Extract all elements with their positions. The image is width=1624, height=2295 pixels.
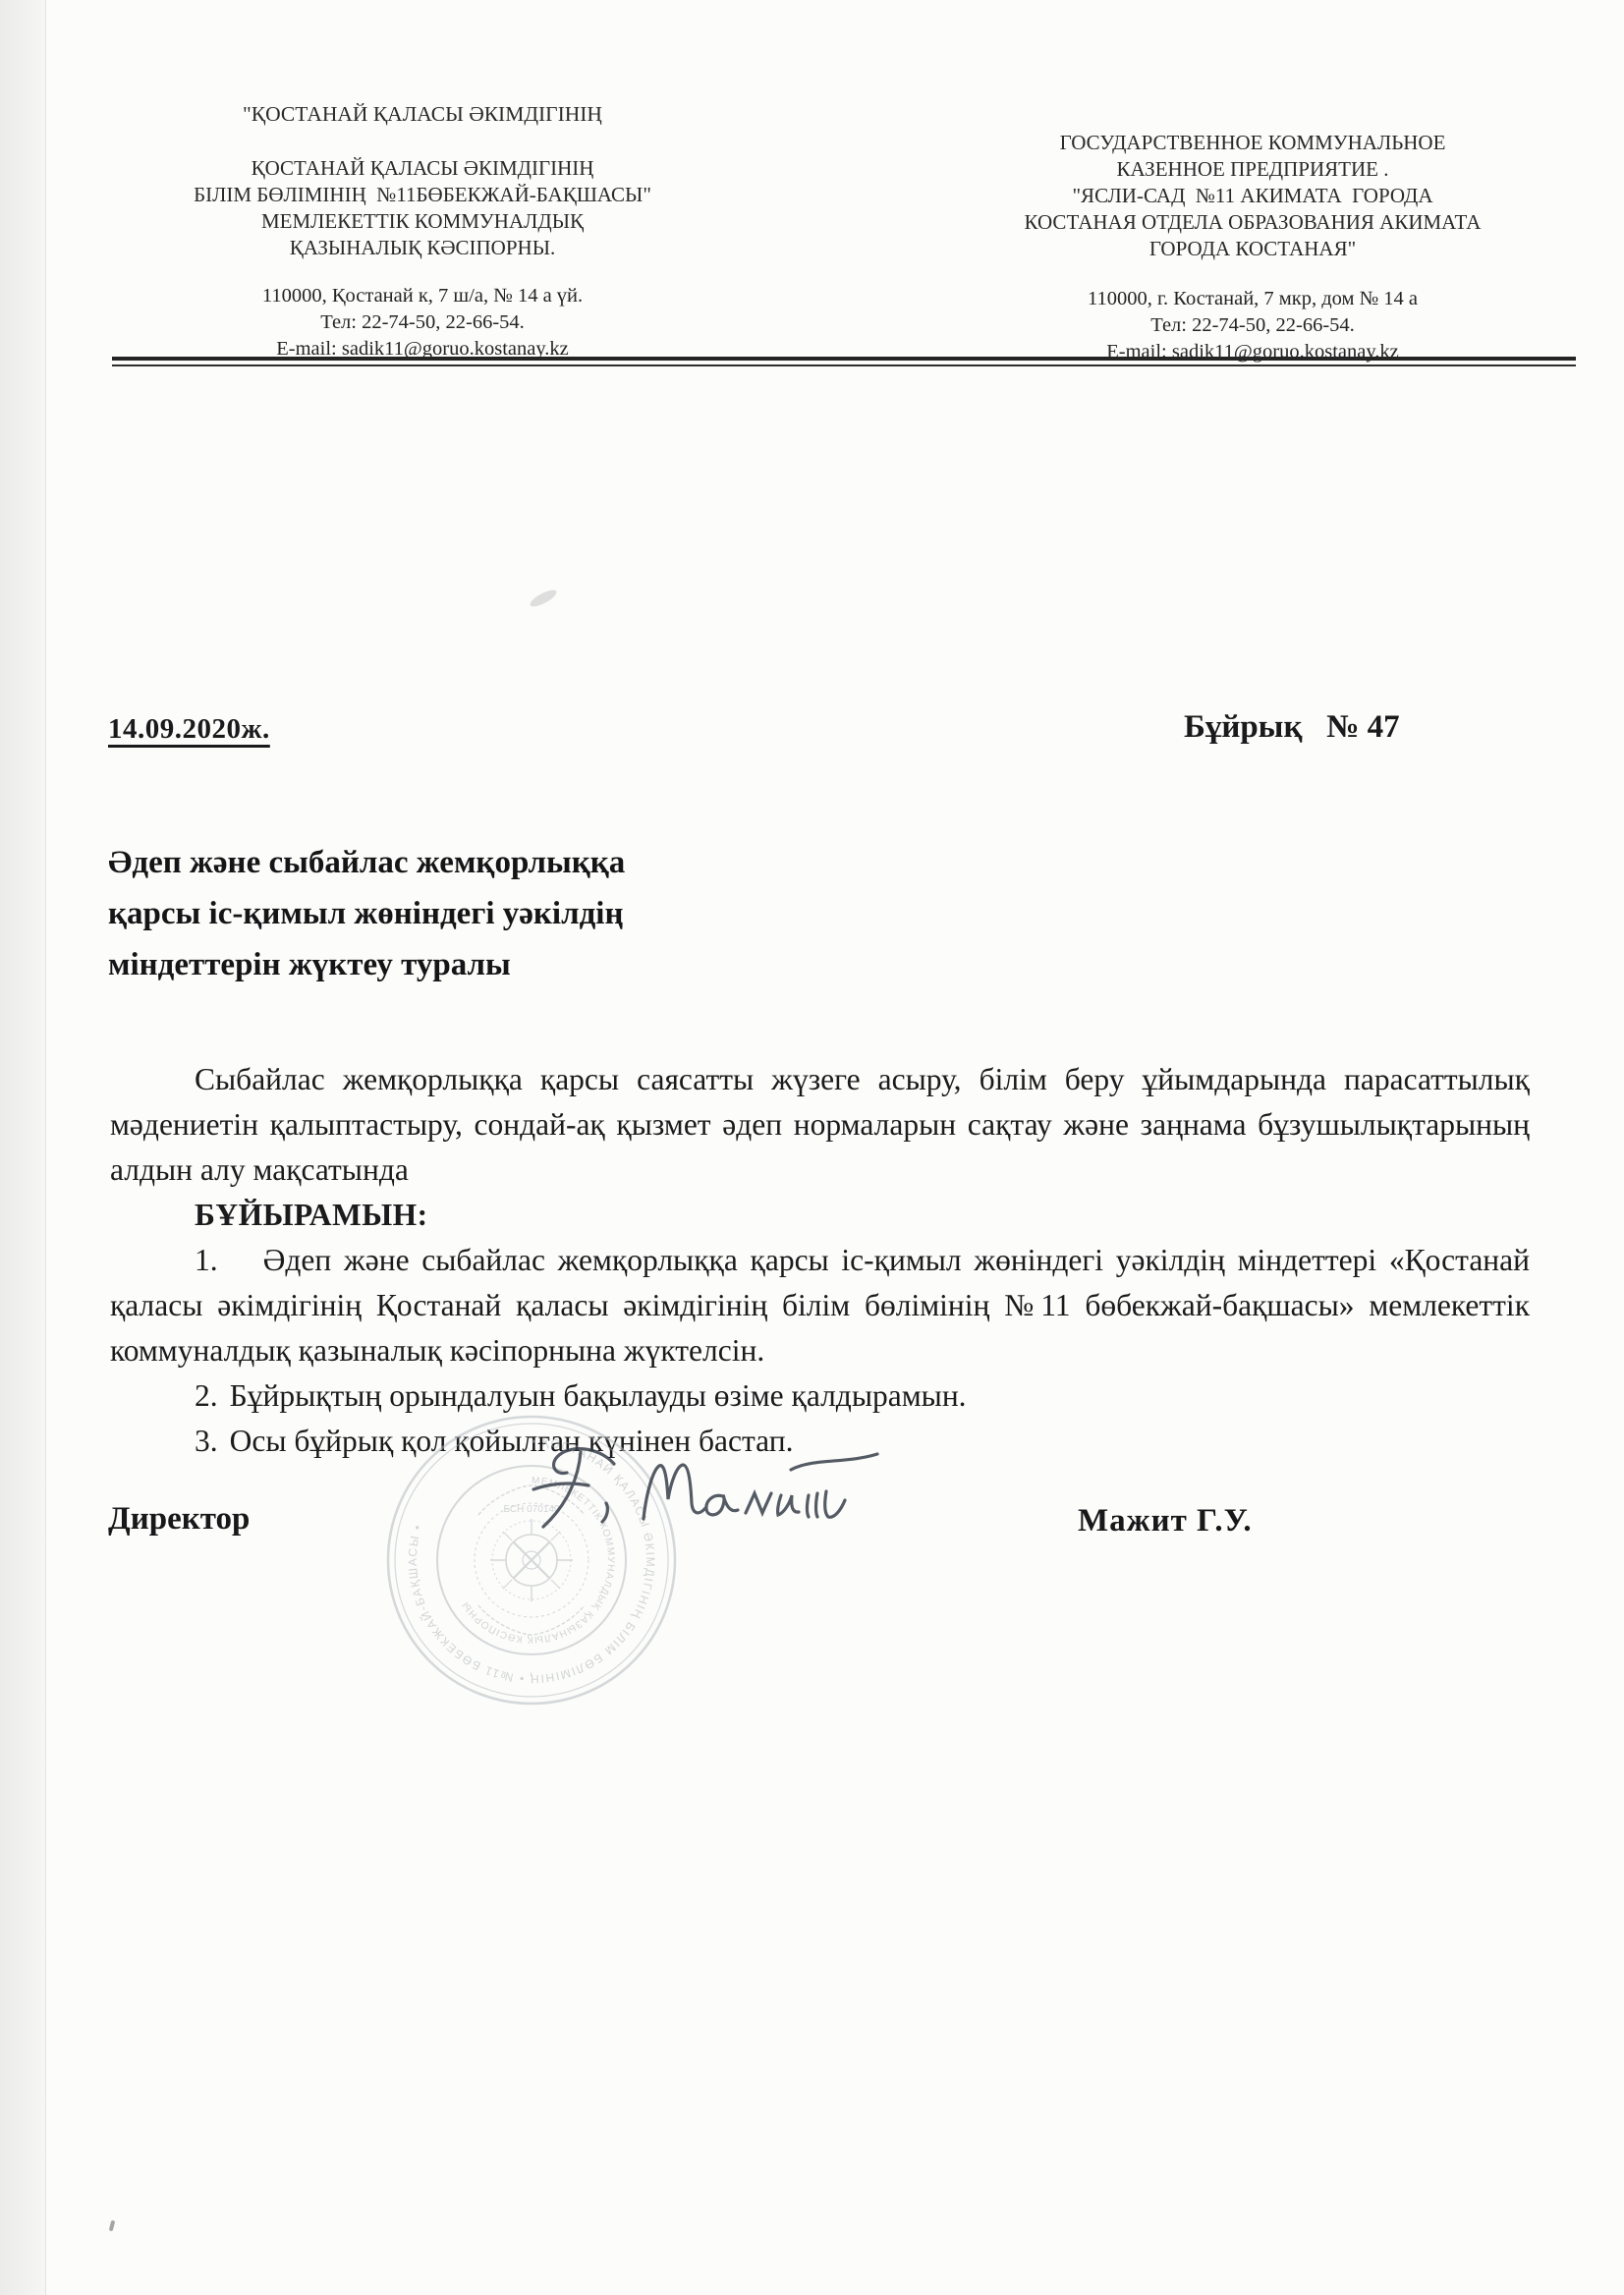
- order-date: 14.09.2020ж.: [108, 713, 270, 746]
- order-subject-line: қарсы іс-қимыл жөніндегі уәкілдің: [108, 888, 698, 939]
- letterhead-left-top-line: "ҚОСТАНАЙ ҚАЛАСЫ ӘКІМДІГІНІҢ: [147, 102, 698, 127]
- letterhead-left-address-line: Тел: 22-74-50, 22-66-54.: [147, 309, 698, 336]
- letterhead-right-org-line: КОСТАНАЯ ОТДЕЛА ОБРАЗОВАНИЯ АКИМАТА: [968, 209, 1538, 236]
- signature-name: Мажит Г.У.: [1078, 1503, 1253, 1539]
- scan-speck: [109, 2220, 116, 2232]
- scan-smudge: [528, 588, 558, 610]
- letterhead-right-org: ГОСУДАРСТВЕННОЕ КОММУНАЛЬНОЕ КАЗЕННОЕ ПР…: [968, 130, 1538, 262]
- letterhead-left-org: ҚОСТАНАЙ ҚАЛАСЫ ӘКІМДІГІНІҢ БІЛІМ БӨЛІМІ…: [147, 155, 698, 261]
- order-subject-line: Әдеп және сыбайлас жемқорлыққа: [108, 837, 698, 888]
- order-item-number: 2.: [195, 1378, 218, 1413]
- scanned-order-document: "ҚОСТАНАЙ ҚАЛАСЫ ӘКІМДІГІНІҢ ҚОСТАНАЙ ҚА…: [0, 0, 1624, 2295]
- letterhead-right-org-line: КАЗЕННОЕ ПРЕДПРИЯТИЕ .: [968, 156, 1538, 183]
- letterhead-right-org-line: "ЯСЛИ-САД №11 АКИМАТА ГОРОДА: [968, 183, 1538, 209]
- order-resolve-word: БҰЙЫРАМЫН:: [110, 1193, 1530, 1238]
- order-subject: Әдеп және сыбайлас жемқорлыққа қарсы іс-…: [108, 837, 698, 990]
- letterhead-left-org-line: ҚАЗЫНАЛЫҚ КӘСІПОРНЫ.: [147, 235, 698, 261]
- letterhead-left-org-line: БІЛІМ БӨЛІМІНІҢ №11БӨБЕКЖАЙ-БАҚШАСЫ": [147, 182, 698, 208]
- order-item: 1.Әдеп және сыбайлас жемқорлыққа қарсы і…: [110, 1238, 1530, 1373]
- order-item-number: 1.: [195, 1243, 218, 1277]
- letterhead-left-org-line: МЕМЛЕКЕТТІК КОММУНАЛДЫҚ: [147, 208, 698, 235]
- order-number: Бұйрық № 47: [1184, 709, 1400, 746]
- order-subject-line: міндеттерін жүктеу туралы: [108, 939, 698, 990]
- order-item: 2.Бұйрықтың орындалуын бақылауды өзіме қ…: [110, 1373, 1530, 1419]
- order-item-text: Әдеп және сыбайлас жемқорлыққа қарсы іс-…: [110, 1243, 1530, 1368]
- letterhead-right-address-line: 110000, г. Костанай, 7 мкр, дом № 14 а: [968, 286, 1538, 312]
- letterhead-left-address: 110000, Қостанай к, 7 ш/а, № 14 а үй. Те…: [147, 283, 698, 363]
- letterhead-left-address-line: 110000, Қостанай к, 7 ш/а, № 14 а үй.: [147, 283, 698, 309]
- order-item-number: 3.: [195, 1424, 218, 1458]
- order-intro-paragraph: Сыбайлас жемқорлыққа қарсы саясатты жүзе…: [110, 1057, 1530, 1193]
- signature-role: Директор: [108, 1501, 250, 1538]
- order-item-text: Бұйрықтың орындалуын бақылауды өзіме қал…: [230, 1378, 967, 1413]
- scan-page-edge: [0, 0, 46, 2295]
- letterhead-right-org-line: ГОСУДАРСТВЕННОЕ КОММУНАЛЬНОЕ: [968, 130, 1538, 156]
- letterhead-left-org-line: ҚОСТАНАЙ ҚАЛАСЫ ӘКІМДІГІНІҢ: [147, 155, 698, 182]
- letterhead-right-address-line: Тел: 22-74-50, 22-66-54.: [968, 312, 1538, 339]
- letterhead-right-org-line: ГОРОДА КОСТАНАЯ": [968, 236, 1538, 262]
- handwritten-signature: [496, 1436, 909, 1564]
- order-body: Сыбайлас жемқорлыққа қарсы саясатты жүзе…: [110, 1057, 1530, 1464]
- letterhead-right-address: 110000, г. Костанай, 7 мкр, дом № 14 а Т…: [968, 286, 1538, 365]
- letterhead-divider-rule: [112, 357, 1576, 366]
